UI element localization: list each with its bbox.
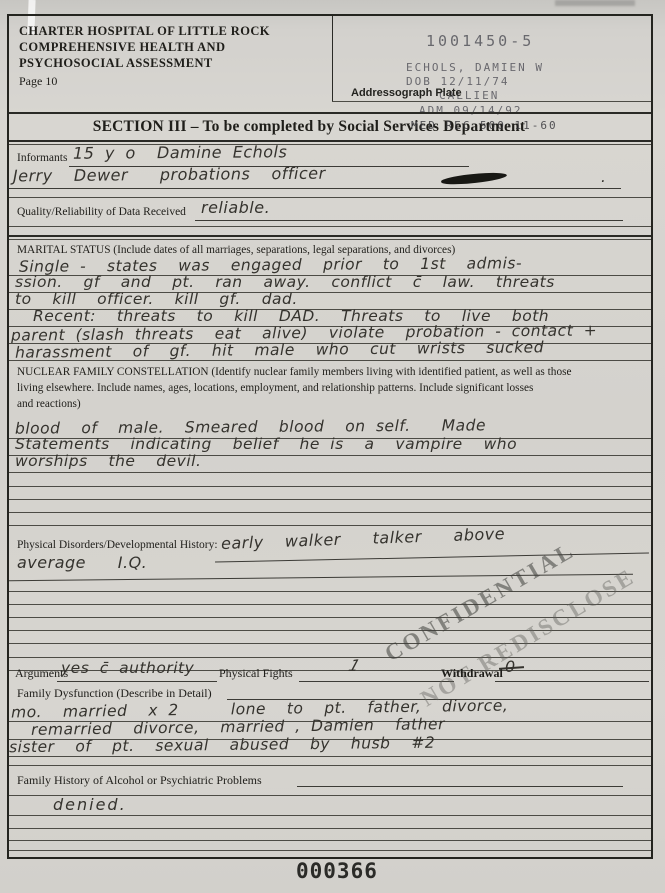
facility-name-line2: COMPREHENSIVE HEALTH AND	[19, 40, 225, 55]
addressograph-underline	[332, 101, 651, 102]
ruled-line	[9, 512, 651, 513]
marital-box-top-1	[9, 235, 651, 237]
nuclear-family-line2: Statements indicating belief he is a vam…	[15, 436, 517, 452]
nuclear-family-label-line2: living elsewhere. Include names, ages, l…	[17, 382, 533, 394]
case-number-stamp: 1001450-5	[426, 32, 534, 50]
quality-reliability-value: reliable.	[201, 200, 270, 217]
page-number-label: Page 10	[19, 74, 57, 89]
informants-label: Informants	[17, 152, 67, 164]
title-double-rule-1	[9, 140, 651, 142]
divider-rule	[9, 197, 651, 198]
marital-status-line3: to kill officer. kill gf. dad.	[15, 291, 298, 307]
family-history-value: denied.	[53, 797, 127, 814]
ruled-line	[9, 815, 651, 816]
marital-status-line6: harassment of gf. hit male who cut wrist…	[15, 339, 544, 361]
ruled-line	[9, 643, 651, 644]
admission-date-stamp: ADM 09/14/92	[419, 104, 522, 117]
marital-box-top-2	[9, 239, 651, 240]
ruled-line	[9, 525, 651, 526]
family-history-underline	[297, 786, 623, 787]
divider-rule	[9, 226, 651, 227]
arguments-underline	[57, 681, 217, 682]
stray-period: .	[601, 170, 606, 186]
header-divider	[332, 16, 333, 102]
physical-disorders-value-line2: average I.Q.	[17, 555, 147, 572]
physical-fights-value: 1	[346, 658, 362, 675]
facility-name-line3: PSYCHOSOCIAL ASSESSMENT	[19, 56, 213, 71]
addressograph-plate-label: Addressograph Plate	[351, 87, 462, 99]
header-bottom-border	[9, 112, 651, 114]
nuclear-family-label-line1: NUCLEAR FAMILY CONSTELLATION (Identify n…	[17, 366, 572, 378]
physical-disorders-underline-1	[215, 552, 649, 562]
med-rec-stamp: MED REC 500-11-60	[411, 119, 558, 132]
withdrawal-value: 0	[505, 659, 516, 676]
physical-fights-label: Physical Fights	[219, 666, 293, 681]
ruled-line	[9, 756, 651, 757]
nuclear-family-line1: blood of male. Smeared blood on self. Ma…	[15, 417, 486, 437]
family-dysfunction-label: Family Dysfunction (Describe in Detail)	[17, 686, 212, 701]
ruled-line	[9, 472, 651, 473]
form-border-frame: CHARTER HOSPITAL OF LITTLE ROCK COMPREHE…	[7, 14, 653, 859]
arguments-value: yes c̄ authority	[61, 660, 194, 676]
informants-value-line1: 15 y o Damine Echols	[73, 144, 287, 162]
ruled-line	[9, 591, 651, 592]
ink-blob	[441, 171, 508, 187]
facility-name-line1: CHARTER HOSPITAL OF LITTLE ROCK	[19, 24, 270, 39]
patient-name-stamp: ECHOLS, DAMIEN W	[406, 61, 544, 74]
quality-reliability-label: Quality/Reliability of Data Received	[17, 206, 186, 218]
ruled-line	[9, 604, 651, 605]
marital-status-line2: ssion. gf and pt. ran away. conflict c̄ …	[15, 274, 555, 290]
ruled-line	[9, 765, 651, 766]
ruled-line	[9, 657, 651, 658]
scan-artifact	[555, 0, 635, 6]
quality-underline	[195, 220, 623, 221]
scanned-document-page: CHARTER HOSPITAL OF LITTLE ROCK COMPREHE…	[0, 0, 665, 893]
bates-number-stamp: 000366	[296, 859, 378, 883]
ruled-line	[9, 828, 651, 829]
ruled-line	[9, 360, 651, 361]
ruled-line	[9, 486, 651, 487]
ruled-line	[9, 840, 651, 841]
family-dysfunction-line3: sister of pt. sexual abused by husb #2	[9, 735, 435, 756]
ruled-line	[9, 499, 651, 500]
ruled-line	[9, 850, 651, 851]
nuclear-family-line3: worships the devil.	[15, 453, 201, 469]
family-history-label: Family History of Alcohol or Psychiatric…	[17, 773, 262, 788]
withdrawal-label: Withdrawal	[441, 666, 503, 681]
withdrawal-underline	[495, 681, 649, 682]
informants-value-line2: Jerry Dewer probations officer	[13, 166, 326, 186]
physical-disorders-label: Physical Disorders/Developmental History…	[17, 539, 218, 551]
physical-disorders-value-line1: early walker talker above	[221, 526, 506, 553]
informants-underline-2	[9, 188, 621, 189]
nuclear-family-label-line3: and reactions)	[17, 398, 81, 410]
